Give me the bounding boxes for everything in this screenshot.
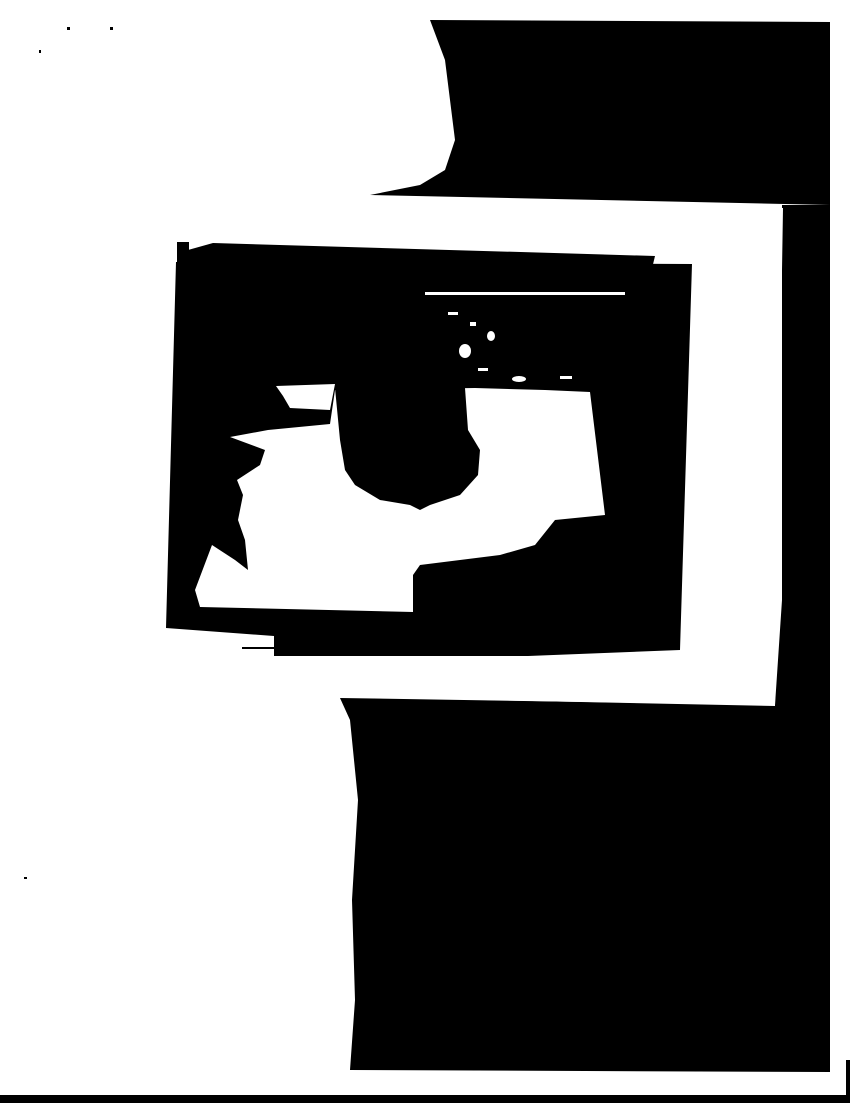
photo-bottom-line (242, 647, 274, 649)
scan-speck (24, 877, 27, 879)
scanned-page (0, 0, 850, 1103)
photo-top-band-edge (177, 242, 189, 272)
highlight-speck (448, 312, 458, 315)
highlight-speck (470, 322, 476, 326)
highlight-speck (425, 292, 625, 295)
scan-speck (110, 27, 113, 30)
dark-background-top (370, 20, 830, 205)
highlight-speck (459, 344, 471, 358)
scan-speck (67, 27, 70, 30)
page-right-edge (846, 1060, 850, 1100)
page-bottom-band (0, 1095, 850, 1103)
highlight-speck (478, 368, 488, 371)
highlight-speck (512, 376, 526, 382)
photo-bottom-strip (274, 636, 528, 656)
dark-background-right (782, 205, 830, 705)
highlight-speck (487, 331, 495, 341)
highlight-speck (560, 376, 572, 379)
scan-speck (39, 50, 41, 53)
